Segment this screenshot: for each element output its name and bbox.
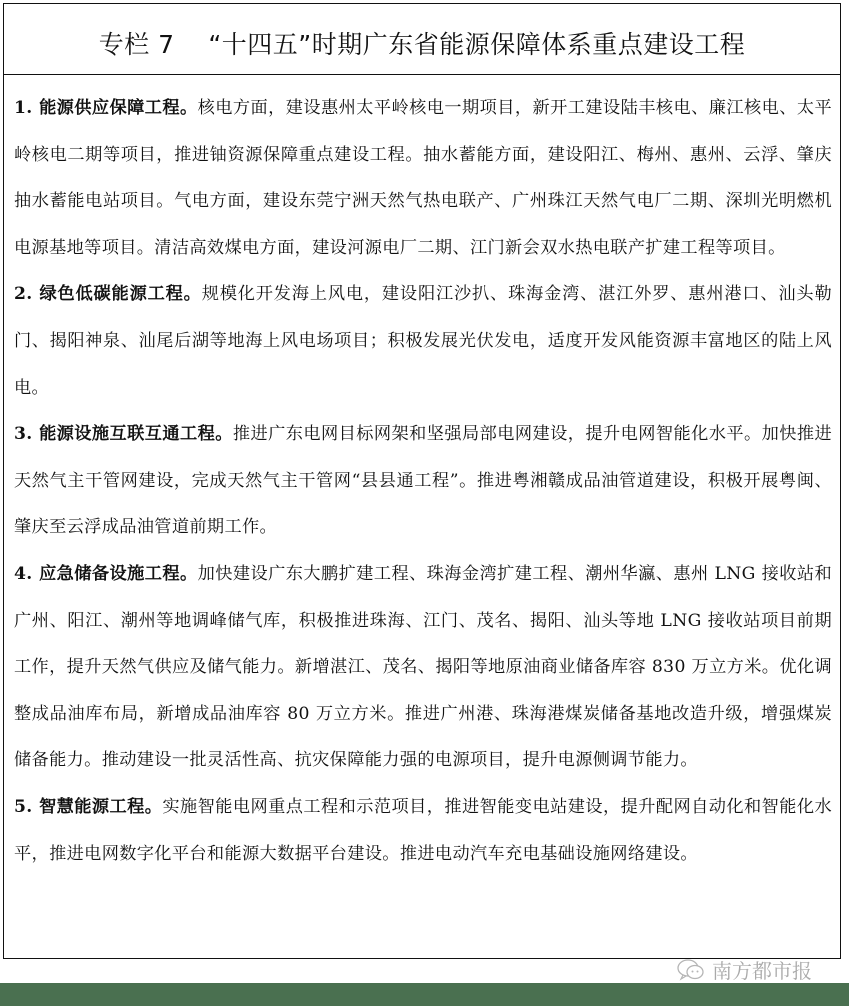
item-number: 2.: [14, 284, 39, 304]
watermark: 南方都市报: [676, 955, 812, 984]
item-heading: 能源供应保障工程。: [39, 98, 198, 118]
item-heading: 绿色低碳能源工程。: [39, 284, 201, 304]
project-item-5: 5. 智慧能源工程。实施智能电网重点工程和示范项目，推进智能变电站建设，提升配网…: [14, 784, 832, 877]
item-heading: 应急储备设施工程。: [39, 564, 198, 584]
item-body: 核电方面，建设惠州太平岭核电一期项目，新开工建设陆丰核电、廉江核电、太平岭核电二…: [14, 98, 832, 258]
item-heading: 能源设施互联互通工程。: [39, 424, 233, 444]
item-body: 加快建设广东大鹏扩建工程、珠海金湾扩建工程、潮州华瀛、惠州 LNG 接收站和广州…: [14, 564, 832, 770]
item-number: 5.: [14, 797, 39, 817]
footer-bar: [0, 983, 849, 1006]
item-number: 3.: [14, 424, 39, 444]
project-item-2: 2. 绿色低碳能源工程。规模化开发海上风电，建设阳江沙扒、珠海金湾、湛江外罗、惠…: [14, 271, 832, 411]
box-content: 1. 能源供应保障工程。核电方面，建设惠州太平岭核电一期项目，新开工建设陆丰核电…: [4, 75, 840, 877]
watermark-text: 南方都市报: [712, 955, 812, 984]
wechat-chat-icon: [676, 957, 706, 983]
project-item-4: 4. 应急储备设施工程。加快建设广东大鹏扩建工程、珠海金湾扩建工程、潮州华瀛、惠…: [14, 551, 832, 784]
feature-box: 专栏 7 “十四五”时期广东省能源保障体系重点建设工程 1. 能源供应保障工程。…: [3, 3, 841, 959]
box-header: 专栏 7 “十四五”时期广东省能源保障体系重点建设工程: [4, 4, 840, 75]
item-heading: 智慧能源工程。: [39, 797, 162, 817]
item-number: 1.: [14, 98, 39, 118]
item-number: 4.: [14, 564, 39, 584]
project-item-1: 1. 能源供应保障工程。核电方面，建设惠州太平岭核电一期项目，新开工建设陆丰核电…: [14, 85, 832, 271]
project-item-3: 3. 能源设施互联互通工程。推进广东电网目标网架和坚强局部电网建设，提升电网智能…: [14, 411, 832, 551]
box-title: 专栏 7 “十四五”时期广东省能源保障体系重点建设工程: [99, 25, 746, 61]
